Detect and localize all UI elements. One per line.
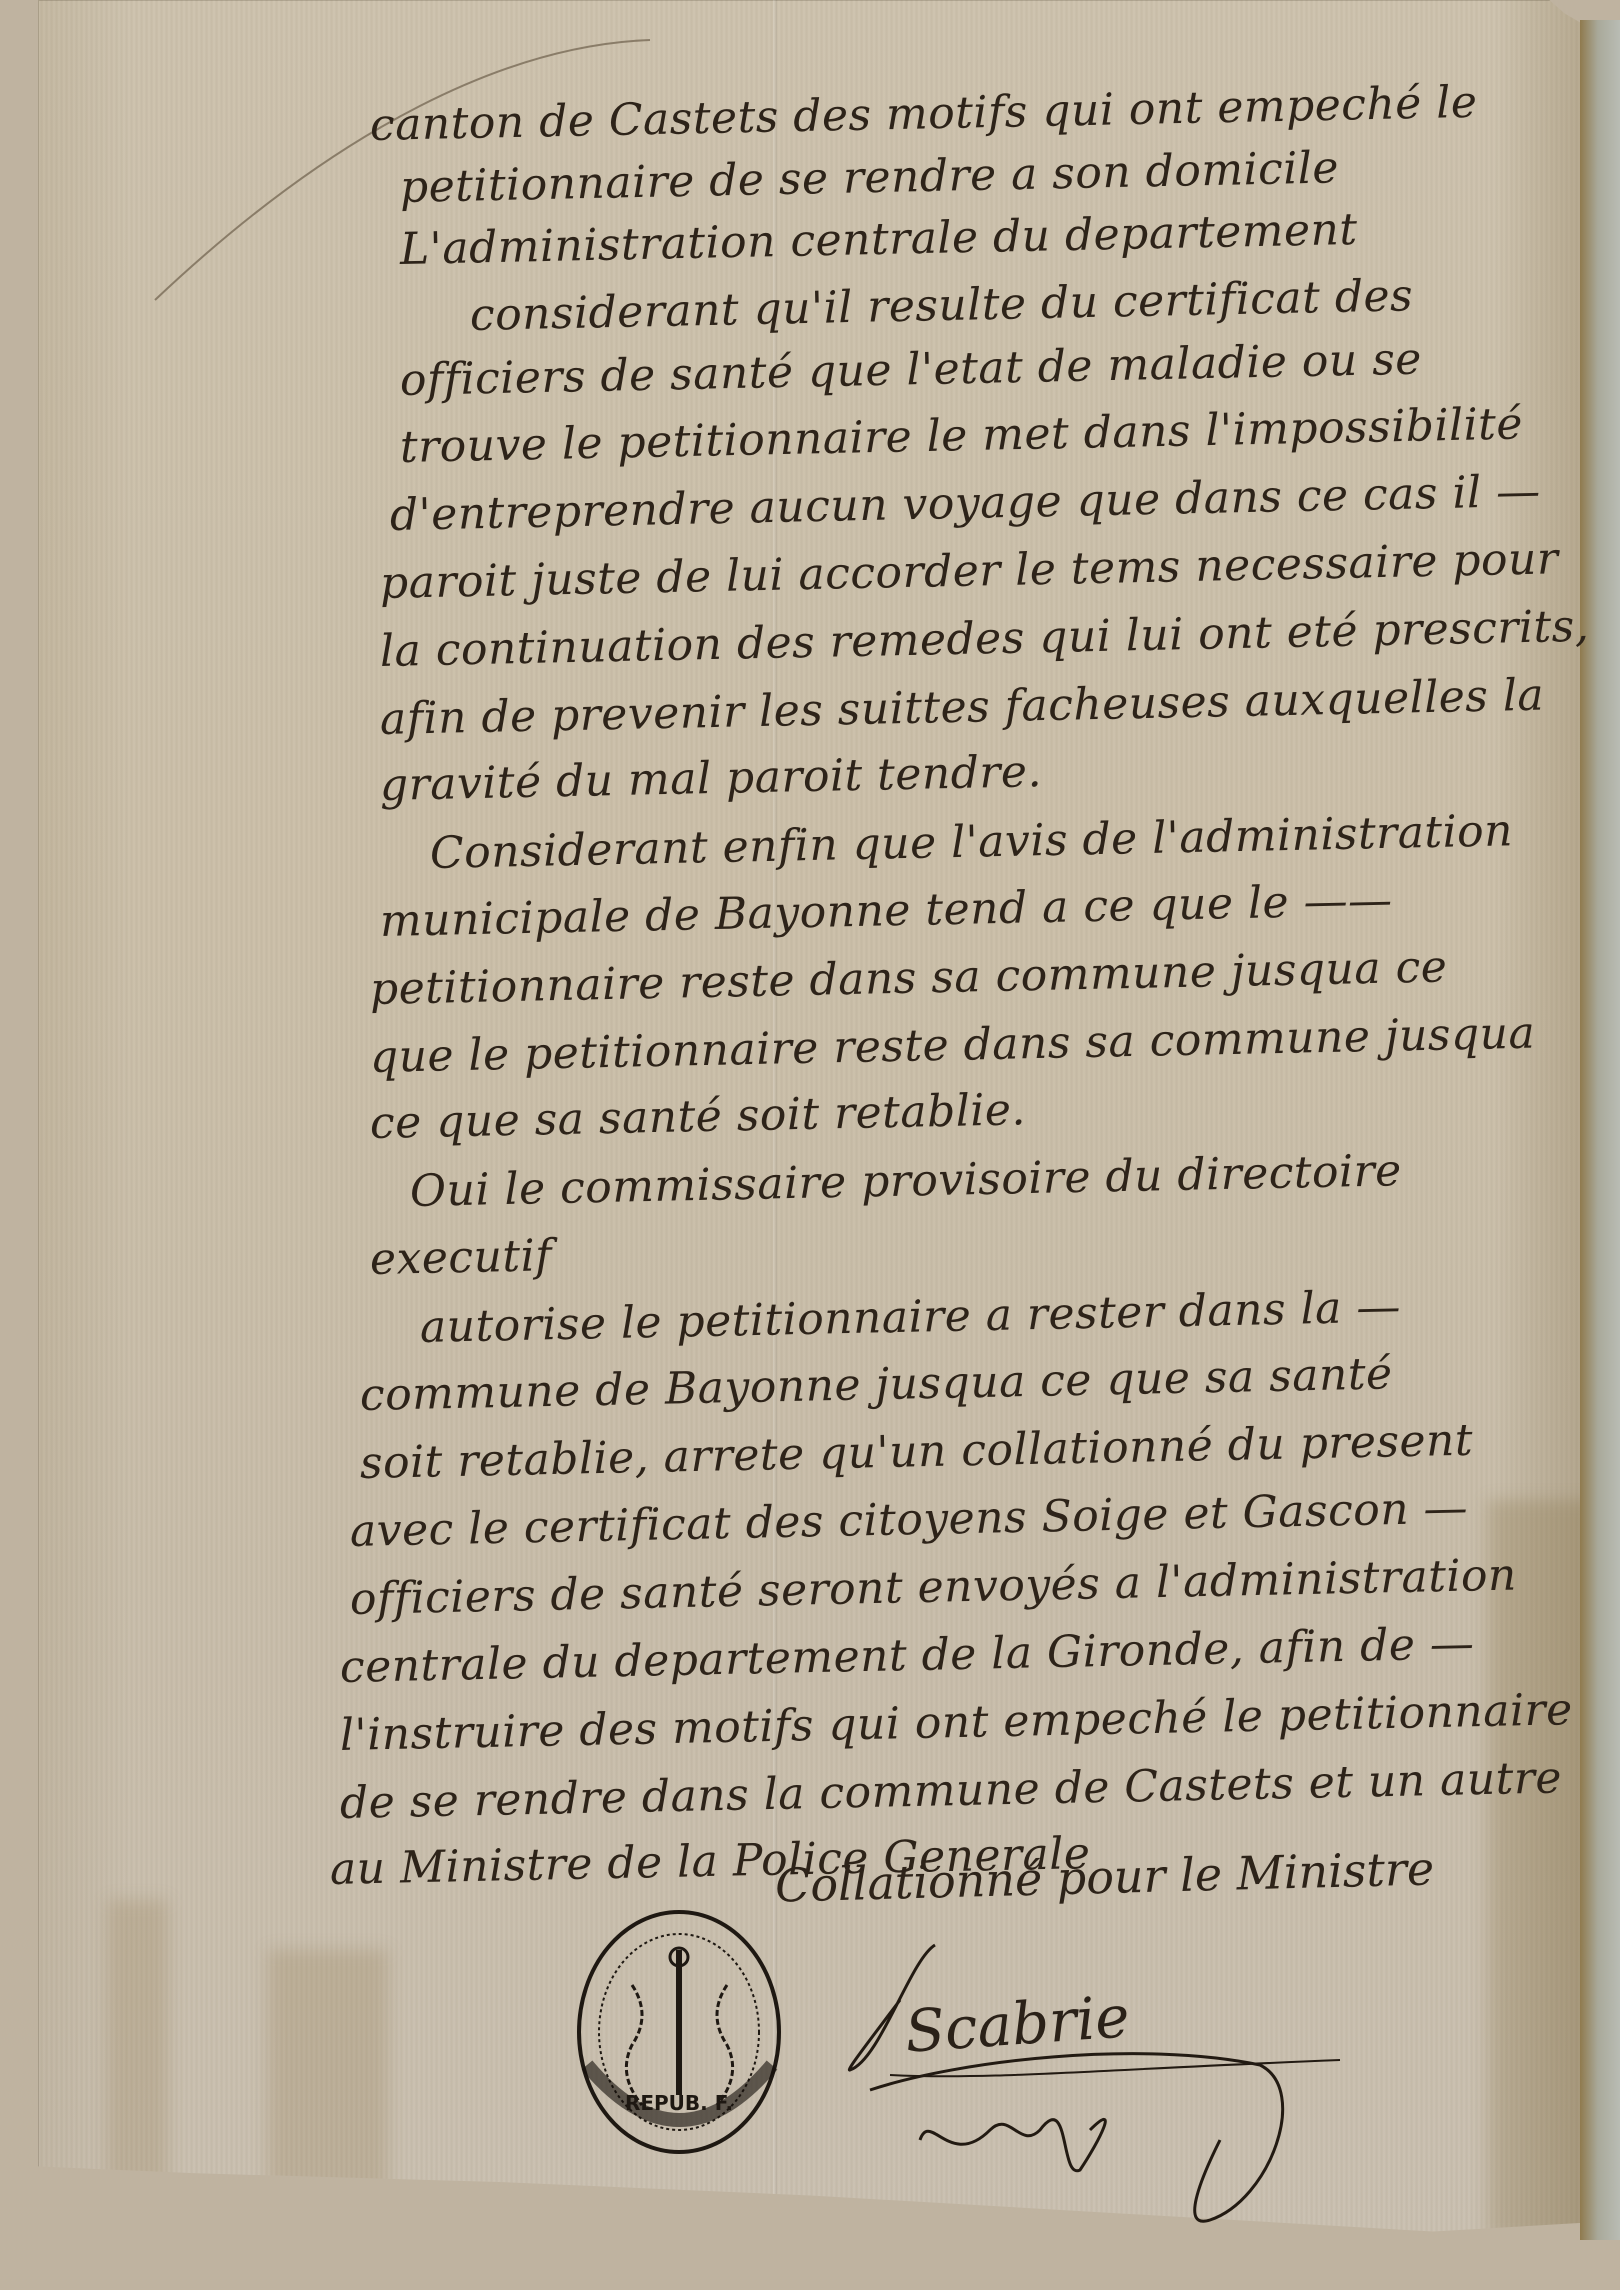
seal-text: REPUB. F. [625,2091,733,2115]
paper-stain [268,1950,388,2230]
seal-stamp-icon: REPUB. F. [572,1905,787,2160]
page-edge [1580,20,1620,2240]
text-line: executif [369,1230,552,1285]
paper-stain [108,1900,168,2220]
